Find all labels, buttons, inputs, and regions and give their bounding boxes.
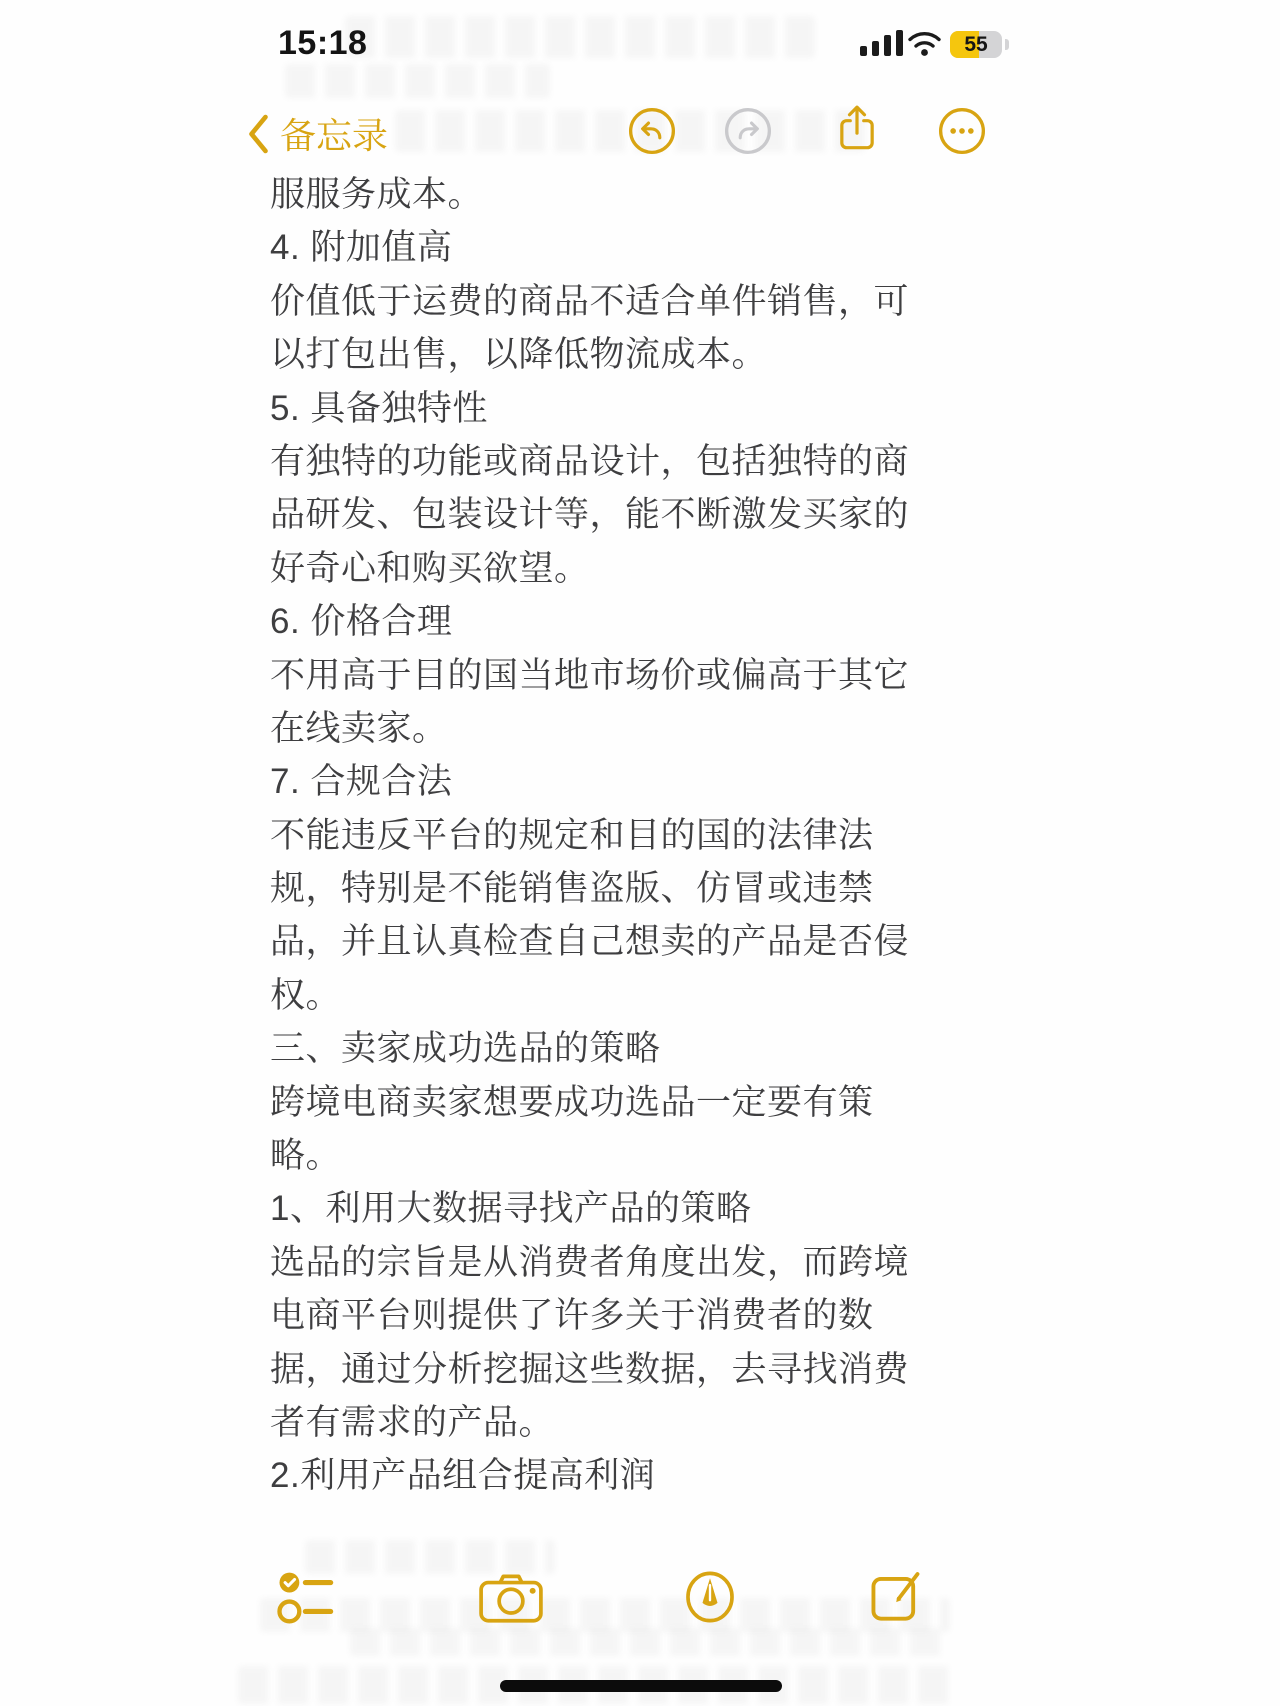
back-button[interactable]: 备忘录 xyxy=(246,108,388,159)
note-line: 好奇心和购买欲望。 xyxy=(270,542,950,595)
note-line: 以打包出售，以降低物流成本。 xyxy=(270,328,950,381)
camera-button[interactable] xyxy=(478,1570,544,1624)
note-line: 选品的宗旨是从消费者角度出发，而跨境 xyxy=(270,1236,950,1289)
note-line: 2.利用产品组合提高利润 xyxy=(270,1449,950,1502)
status-time: 15:18 xyxy=(278,24,367,63)
share-button[interactable] xyxy=(832,102,882,152)
note-line: 在线卖家。 xyxy=(270,702,950,755)
note-line: 权。 xyxy=(270,969,950,1022)
undo-button[interactable] xyxy=(627,106,677,156)
note-line: 电商平台则提供了许多关于消费者的数 xyxy=(270,1289,950,1342)
camera-icon xyxy=(478,1570,544,1624)
markup-button[interactable] xyxy=(682,1568,738,1626)
battery-percent: 55 xyxy=(950,31,1002,58)
compose-icon xyxy=(868,1566,924,1624)
ghost-text-artifact xyxy=(285,64,550,98)
note-line: 跨境电商卖家想要成功选品一定要有策 xyxy=(270,1076,950,1129)
note-line: 规，特别是不能销售盗版、仿冒或违禁 xyxy=(270,862,950,915)
note-line: 三、卖家成功选品的策略 xyxy=(270,1022,950,1075)
more-icon xyxy=(937,106,987,156)
ghost-text-artifact xyxy=(305,1540,555,1574)
battery-nub xyxy=(1005,39,1009,50)
note-line: 者有需求的产品。 xyxy=(270,1396,950,1449)
compose-button[interactable] xyxy=(868,1566,924,1624)
note-line: 5. 具备独特性 xyxy=(270,382,950,435)
home-indicator[interactable] xyxy=(500,1680,782,1692)
markup-icon xyxy=(682,1568,738,1626)
note-line: 价值低于运费的商品不适合单件销售，可 xyxy=(270,275,950,328)
share-icon xyxy=(832,102,882,156)
notes-app-screen: 15:18 55 备忘录 xyxy=(0,0,1280,1706)
redo-button[interactable] xyxy=(723,106,773,156)
back-button-label: 备忘录 xyxy=(280,108,388,159)
chevron-left-icon xyxy=(246,113,270,155)
note-line: 6. 价格合理 xyxy=(270,595,950,648)
note-line: 有独特的功能或商品设计，包括独特的商 xyxy=(270,435,950,488)
note-line: 据，通过分析挖掘这些数据，去寻找消费 xyxy=(270,1343,950,1396)
cellular-signal-icon xyxy=(860,29,904,57)
note-line: 不能违反平台的规定和目的国的法律法 xyxy=(270,809,950,862)
redo-icon xyxy=(723,106,773,156)
ghost-text-artifact xyxy=(260,1598,950,1632)
note-body[interactable]: 服服务成本。4. 附加值高价值低于运费的商品不适合单件销售，可以打包出售，以降低… xyxy=(270,168,950,1503)
ghost-text-artifact xyxy=(345,16,815,58)
note-line: 略。 xyxy=(270,1129,950,1182)
note-line: 服服务成本。 xyxy=(270,168,950,221)
note-line: 4. 附加值高 xyxy=(270,221,950,274)
ghost-text-artifact xyxy=(350,1628,950,1656)
checklist-icon xyxy=(276,1568,342,1626)
checklist-button[interactable] xyxy=(276,1568,342,1626)
wifi-icon xyxy=(906,29,943,57)
undo-icon xyxy=(627,106,677,156)
note-line: 1、利用大数据寻找产品的策略 xyxy=(270,1182,950,1235)
note-line: 品研发、包装设计等，能不断激发买家的 xyxy=(270,488,950,541)
more-button[interactable] xyxy=(937,106,987,156)
note-line: 品，并且认真检查自己想卖的产品是否侵 xyxy=(270,915,950,968)
note-line: 7. 合规合法 xyxy=(270,755,950,808)
battery-icon: 55 xyxy=(950,31,1002,58)
note-line: 不用高于目的国当地市场价或偏高于其它 xyxy=(270,649,950,702)
